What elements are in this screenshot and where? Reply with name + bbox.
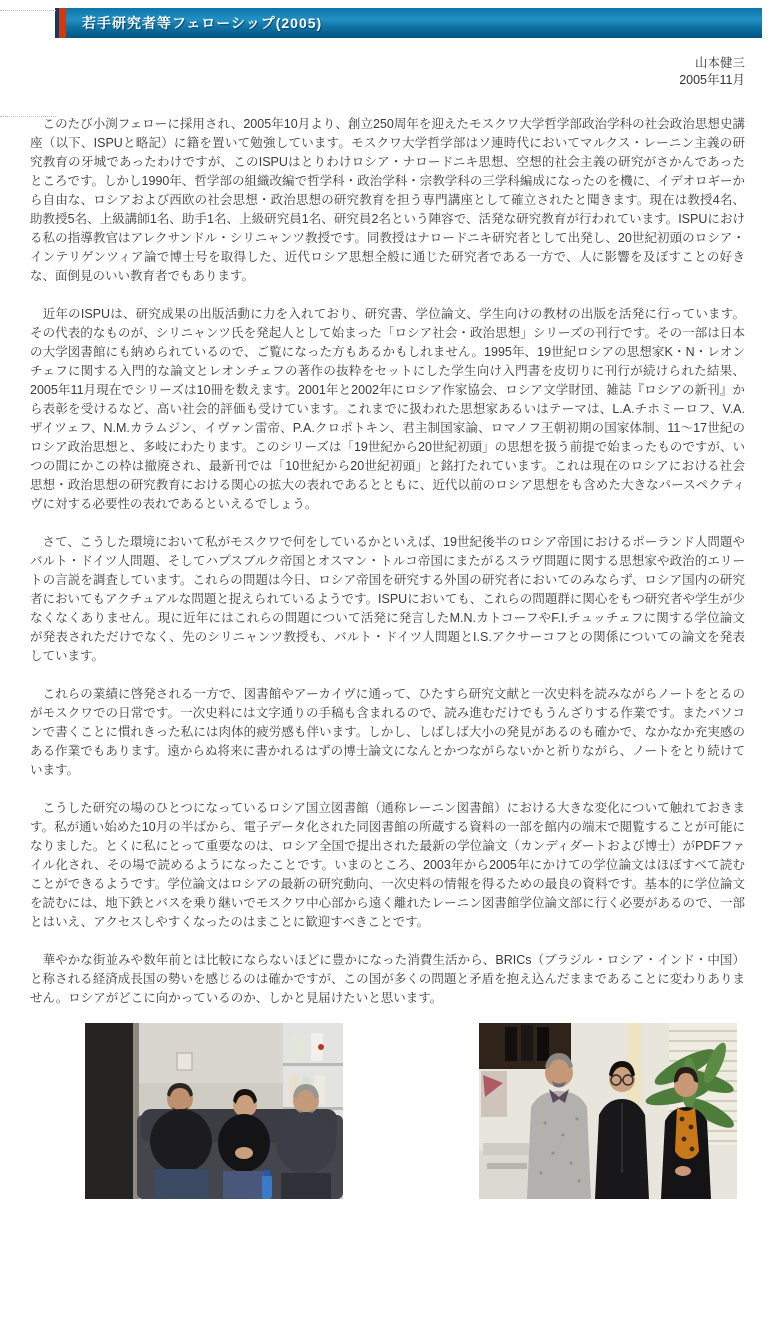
header-bar-background: 若手研究者等フェローシップ(2005) [66,8,762,38]
article-paragraph: さて、こうした環境において私がモスクワで何をしているかといえば、19世紀後半のロ… [30,533,745,666]
report-date: 2005年11月 [0,72,745,89]
group-photo-standing [479,1023,737,1199]
article-body: このたび小渕フェローに採用され、2005年10月より、創立250周年を迎えたモス… [30,115,745,1008]
group-photo-sofa [85,1023,343,1199]
article-paragraph: 近年のISPUは、研究成果の出版活動に力を入れており、研究書、学位論文、学生向け… [30,305,745,514]
header-orange-stripe [59,8,66,38]
article-paragraph: これらの業績に啓発される一方で、図書館やアーカイヴに通って、ひたすら研究文献と一… [30,685,745,780]
page-title: 若手研究者等フェローシップ(2005) [66,13,322,33]
article-paragraph: 華やかな街並みや数年前とは比較にならないほどに豊かになった消費生活から、BRIC… [30,951,745,1008]
article-paragraph: こうした研究の場のひとつになっているロシア国立図書館（通称レーニン図書館）におけ… [30,799,745,932]
light-switch [177,1053,192,1070]
article-paragraph: このたび小渕フェローに採用され、2005年10月より、創立250周年を迎えたモス… [30,115,745,286]
page-header: 若手研究者等フェローシップ(2005) [55,8,762,38]
door [85,1023,135,1199]
sidebar-fragment: ≡≡ [0,10,56,117]
byline: 山本健三 2005年11月 [0,55,745,89]
author-name: 山本健三 [0,55,745,72]
photo-row [0,1023,775,1199]
